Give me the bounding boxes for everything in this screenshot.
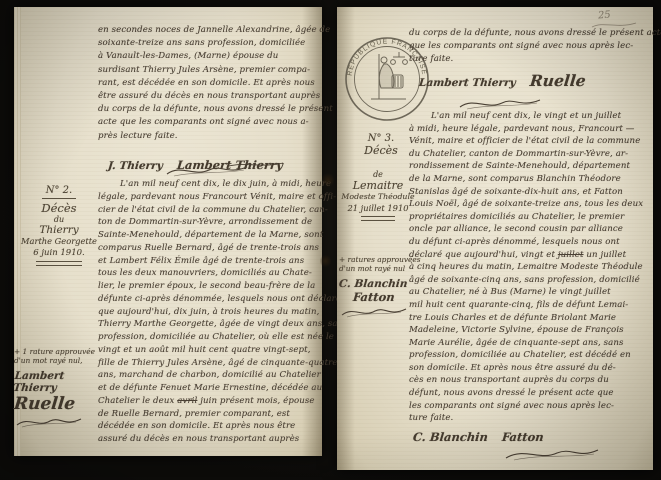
- text-line: et Lambert Félix Émile âgé de trente-tro…: [98, 255, 322, 268]
- text-line: lier, le premier époux, le second beau-f…: [98, 280, 322, 293]
- double-rule: [36, 261, 82, 266]
- text-line: que les comparants ont signé avec nous a…: [409, 40, 647, 53]
- text-line: de Ruelle Bernard, premier comparant, es…: [98, 408, 322, 421]
- text-line: près lecture faite.: [98, 130, 322, 143]
- text-line: âgé de soixante-cinq ans, sans professio…: [409, 274, 647, 287]
- text-line: et de défunte Fenuet Marie Ernestine, dé…: [98, 382, 322, 395]
- erasure-note-line2: d'un mot rayé nul,: [14, 356, 108, 365]
- deceased-firstnames: Marthe Georgette: [18, 236, 100, 246]
- deceased-firstnames: Modeste Théodule: [339, 192, 417, 201]
- margin-note-act3-name: de Lemaitre Modeste Théodule 21 juillet …: [339, 170, 417, 224]
- text-line: tre Louis Charles et de défunte Briolant…: [409, 312, 647, 325]
- text-line: déclaré que aujourd'hui, vingt et juille…: [409, 249, 647, 262]
- text-line: défunte ci-après dénommée, lesquels nous…: [98, 293, 322, 306]
- text-line: Stanislas âgé de soixante-dix-huit ans, …: [409, 186, 647, 199]
- act3-text: L'an mil neuf cent dix, le vingt et un j…: [409, 110, 647, 425]
- act3-signature-row: C. Blanchin Fatton: [413, 430, 544, 444]
- text-line: en secondes noces de Jannelle Alexandrin…: [98, 24, 322, 37]
- act-number: N° 2.: [18, 185, 100, 196]
- margin-signature-ruelle: Ruelle: [13, 394, 109, 414]
- margin-annotation-act2: + 1 rature approuvée d'un mot rayé nul, …: [14, 347, 108, 434]
- act-of: de: [339, 170, 417, 179]
- text-line: L'an mil neuf cent dix, le vingt et un j…: [409, 110, 647, 123]
- left-page: N° 2. Décès du Thierry Marthe Georgette …: [14, 7, 322, 456]
- text-line: comparus Ruelle Bernard, âgé de trente-t…: [98, 242, 322, 255]
- act2-signature-row: Lambert Thierry Ruelle: [419, 71, 585, 90]
- text-line: Louis Noël, âgé de soixante-treize ans, …: [409, 198, 647, 211]
- text-line: Sainte-Menehould, département de la Marn…: [98, 229, 322, 242]
- right-page: RÉPUBLIQUE FRANÇAISE N° 3. Décès: [337, 7, 653, 470]
- page-number-flourish-icon: [590, 20, 638, 30]
- text-line: décédée en son domicile. Et après nous ê…: [98, 420, 322, 433]
- text-line: L'an mil neuf cent dix, le dix juin, à m…: [98, 178, 322, 191]
- text-line: Chatelier le deux avril juin présent moi…: [98, 395, 322, 408]
- text-line: à Vanault-les-Dames, (Marne) épouse du: [98, 50, 322, 63]
- act2-end-text: du corps de la défunte, nous avons dress…: [409, 27, 647, 66]
- text-line: du corps de la défunte, nous avons dress…: [98, 103, 322, 116]
- erasure-note-line1: + 1 rature approuvée: [14, 347, 108, 356]
- mayor-paraph-icon: [457, 95, 543, 111]
- text-line: au Chatelier, né à Bus (Marne) le vingt …: [409, 286, 647, 299]
- mayor-paraph-icon: [502, 445, 602, 463]
- deceased-surname: Thierry: [18, 224, 100, 236]
- text-line: acte que les comparants ont signé avec n…: [98, 116, 322, 129]
- text-line: ton de Dommartin-sur-Yèvre, arrondisseme…: [98, 216, 322, 229]
- text-line: profession, domiciliée au Chatelier, où …: [98, 331, 322, 344]
- text-line: son domicile. Et après nous être assuré …: [409, 362, 647, 375]
- signature-lambert-thierry: Lambert Thierry: [418, 77, 516, 89]
- binding-fold-mark: [320, 254, 331, 268]
- text-line: défunt, nous avons dressé le présent act…: [409, 387, 647, 400]
- text-line: à cinq heures du matin, Lemaitre Modeste…: [409, 261, 647, 274]
- text-line: que aujourd'hui, dix juin, à trois heure…: [98, 306, 322, 319]
- seated-marianne-figure: [371, 52, 407, 99]
- text-line: ture faite.: [409, 53, 647, 66]
- act1-end-text: en secondes noces de Jannelle Alexandrin…: [98, 24, 322, 143]
- text-line: à midi, heure légale, pardevant nous, Fr…: [409, 123, 647, 136]
- text-line: Vénit, maire et officier de l'état civil…: [409, 135, 647, 148]
- rule: [42, 198, 76, 199]
- mayor-paraph-icon: [339, 304, 409, 320]
- text-line: mil huit cent quarante-cinq, fils de déf…: [409, 299, 647, 312]
- text-line: soixante-treize ans sans profession, dom…: [98, 37, 322, 50]
- signature-ruelle: Ruelle: [529, 71, 587, 90]
- act-number: N° 3.: [347, 133, 415, 144]
- text-line: du défunt ci-après dénommé, lesquels nou…: [409, 236, 647, 249]
- text-line: Marie Aurélie, âgée de cinquante-sept an…: [409, 337, 647, 350]
- deceased-surname: Lemaitre: [339, 179, 417, 192]
- text-line: propriétaires domiciliés au Chatelier, l…: [409, 211, 647, 224]
- register-scan: N° 2. Décès du Thierry Marthe Georgette …: [0, 0, 661, 480]
- margin-signature-lambert-thierry: Lambert Thierry: [13, 370, 110, 394]
- margin-note-act3-number: N° 3. Décès: [347, 133, 415, 157]
- text-line: Thierry Marthe Georgette, âgée de vingt …: [98, 318, 322, 331]
- text-line: les comparants ont signé avec nous après…: [409, 400, 647, 413]
- signature-c-blanchin: C. Blanchin: [412, 430, 488, 444]
- text-line: du Chatelier, canton de Dommartin-sur-Yè…: [409, 148, 647, 161]
- mayor-paraph-icon: [164, 162, 250, 178]
- text-line: cès en nous transportant auprès du corps…: [409, 374, 647, 387]
- text-line: légale, pardevant nous Francourt Vénit, …: [98, 191, 322, 204]
- act-date: 6 juin 1910.: [18, 248, 100, 258]
- text-line: rant, est décédée en son domicile. Et ap…: [98, 77, 322, 90]
- act-of: du: [18, 215, 100, 224]
- text-line: ans, marchand de charbon, domicilié au C…: [98, 369, 322, 382]
- signature-j-thierry: J. Thierry: [107, 160, 163, 172]
- margin-note-act2: N° 2. Décès du Thierry Marthe Georgette …: [18, 185, 100, 269]
- mayor-paraph-icon: [14, 414, 84, 430]
- act-date: 21 juillet 1910: [339, 203, 417, 213]
- text-line: oncle par alliance, le second cousin par…: [409, 223, 647, 236]
- double-rule: [361, 216, 395, 221]
- act-title: Décès: [347, 144, 415, 157]
- text-line: de la Marne, sont comparus Blanchin Théo…: [409, 173, 647, 186]
- act2-text: L'an mil neuf cent dix, le dix juin, à m…: [98, 178, 322, 446]
- text-line: Madeleine, Victorie Sylvine, épouse de F…: [409, 324, 647, 337]
- text-line: profession, domiciliée au Chatelier, est…: [409, 349, 647, 362]
- text-line: vingt et un août mil huit cent quatre vi…: [98, 344, 322, 357]
- text-line: surdisant Thierry Jules Arsène, premier …: [98, 64, 322, 77]
- text-line: fille de Thierry Jules Arsène, âgé de ci…: [98, 357, 322, 370]
- text-line: être assuré du décès en nous transportan…: [98, 90, 322, 103]
- text-line: tous les deux manouvriers, domiciliés au…: [98, 267, 322, 280]
- binding-fold-mark: [322, 172, 334, 188]
- signature-fatton: Fatton: [501, 430, 544, 444]
- text-line: rondissement de Sainte-Menehould, départ…: [409, 160, 647, 173]
- text-line: cier de l'état civil de la commune du Ch…: [98, 204, 322, 217]
- act-title: Décès: [18, 201, 100, 215]
- text-line: ture faite.: [409, 412, 647, 425]
- text-line: assuré du décès en nous transportant aup…: [98, 433, 322, 446]
